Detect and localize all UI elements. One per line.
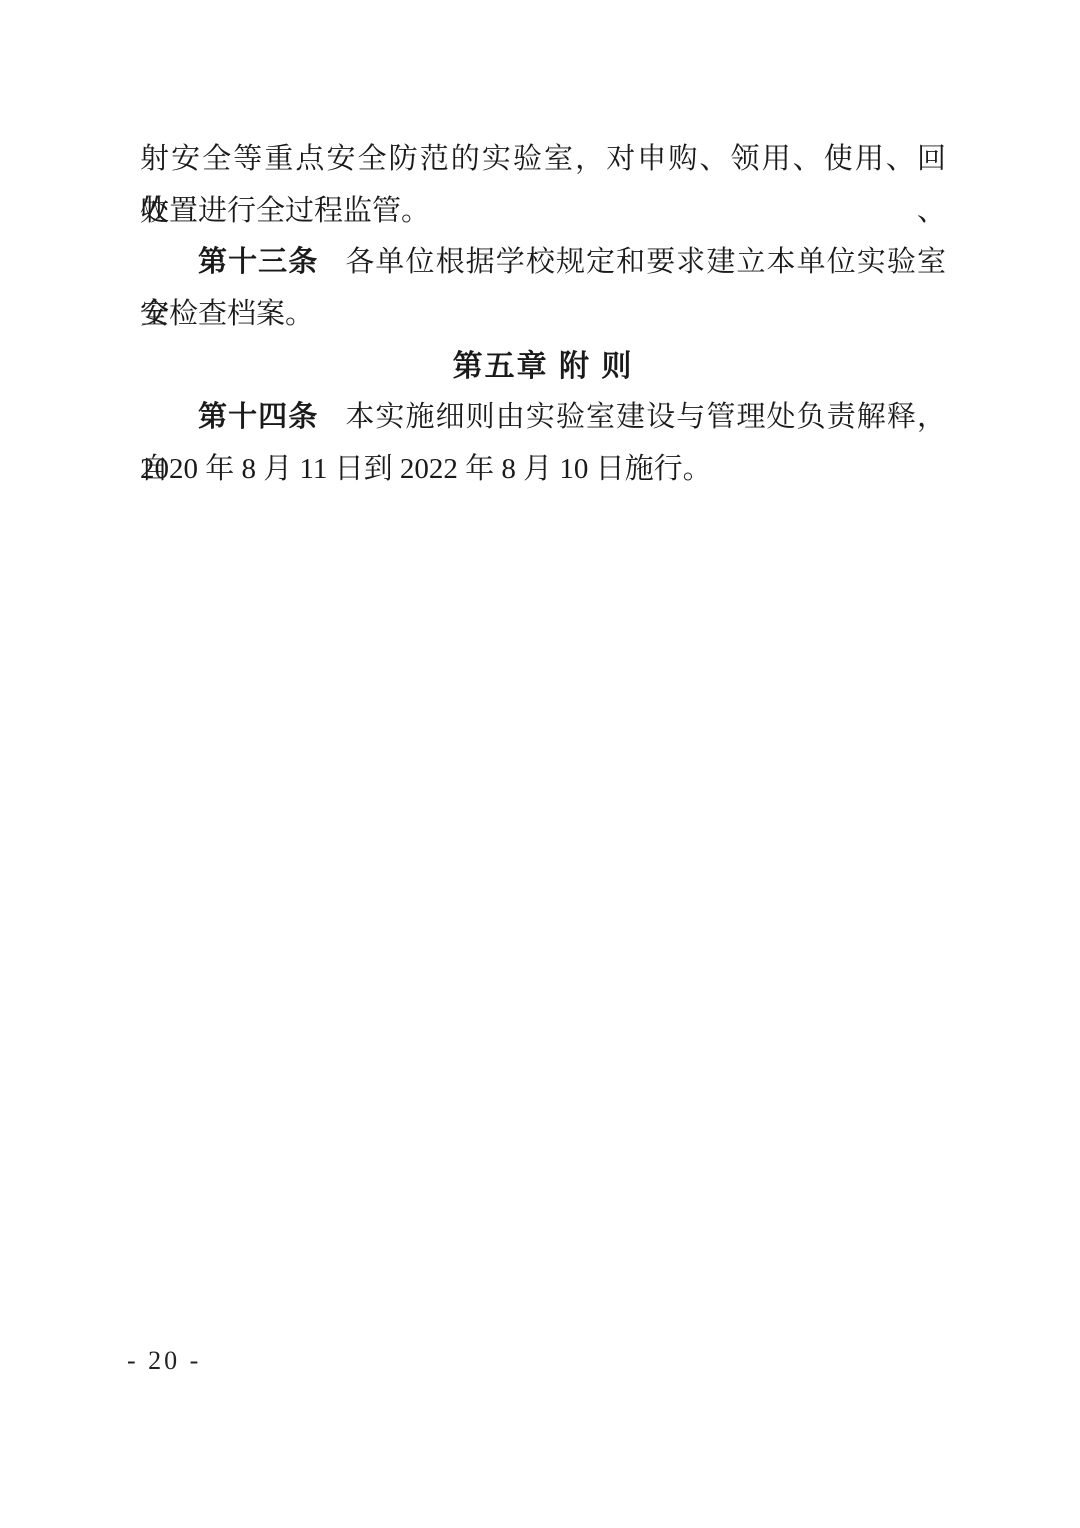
article-13-line-1: 第十三条各单位根据学校规定和要求建立本单位实验室安: [140, 237, 946, 289]
article-14-label: 第十四条: [198, 401, 318, 433]
document-body: 射安全等重点安全防范的实验室，对申购、领用、使用、回收、 处置进行全过程监管。 …: [140, 134, 946, 496]
paragraph-12-line-1: 射安全等重点安全防范的实验室，对申购、领用、使用、回收、: [140, 134, 946, 186]
document-page: 射安全等重点安全防范的实验室，对申购、领用、使用、回收、 处置进行全过程监管。 …: [0, 0, 1080, 1528]
article-14-line-2: 2020 年 8 月 11 日到 2022 年 8 月 10 日施行。: [140, 444, 946, 496]
chapter-5-heading: 第五章 附 则: [140, 341, 946, 393]
page-number: - 20 -: [127, 1344, 201, 1378]
article-13-label: 第十三条: [198, 246, 318, 278]
article-13-line-2: 全检查档案。: [140, 289, 946, 341]
article-14-line-1: 第十四条本实施细则由实验室建设与管理处负责解释，自: [140, 392, 946, 444]
